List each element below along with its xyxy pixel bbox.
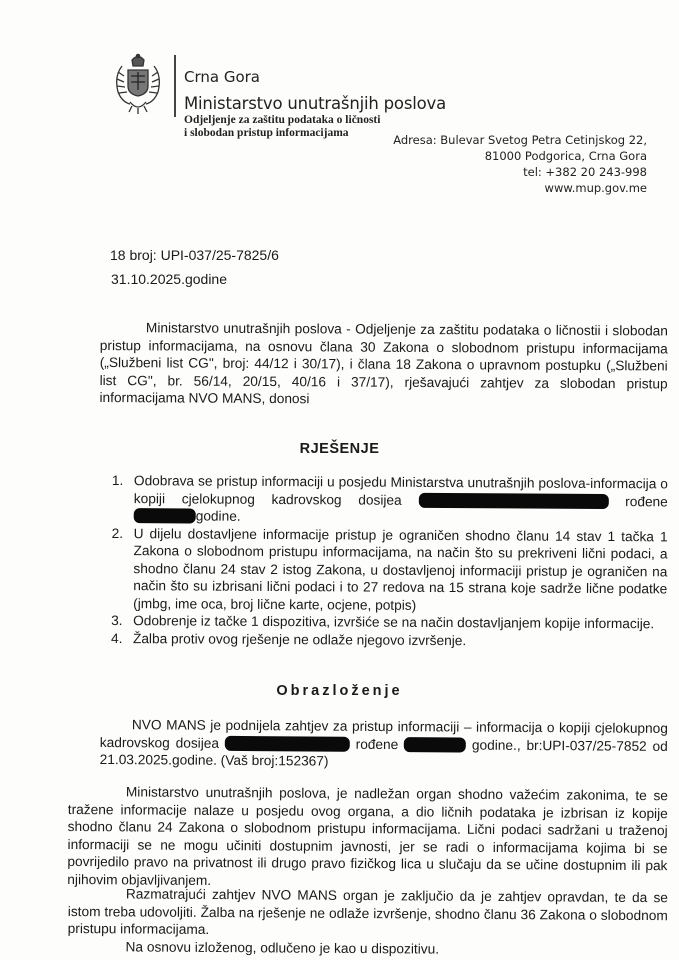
item-number: 3.: [111, 612, 123, 630]
address-web: www.mup.gov.me: [393, 180, 647, 196]
redacted-date: [134, 508, 196, 523]
paragraph-text: Na osnovu izloženog, odlučeno je kao u d…: [126, 939, 440, 956]
reasoning-paragraph-1: NVO MANS je podnijela zahtjev za pristup…: [100, 716, 668, 772]
item-text: U dijelu dostavljene informacije pristup…: [133, 526, 668, 613]
address-block: Adresa: Bulevar Svetog Petra Cetinjskog …: [393, 132, 647, 196]
address-line1: Adresa: Bulevar Svetog Petra Cetinjskog …: [393, 132, 647, 148]
item-number: 2.: [112, 524, 124, 542]
header-divider: [174, 55, 176, 117]
header-department: Odjeljenje za zaštitu podataka o ličnost…: [184, 114, 380, 140]
address-phone: tel: +382 20 243-998: [393, 164, 647, 180]
paragraph-text: Razmatrajući zahtjev NVO MANS organ je z…: [68, 886, 668, 937]
reference-date: 31.10.2025.godine: [111, 271, 227, 287]
redacted-name: [225, 735, 350, 751]
montenegro-coat-of-arms-icon: [112, 52, 164, 116]
reasoning-title: Obrazloženje: [0, 683, 679, 699]
reference-number: 18 broj: UPI-037/25-7825/6: [110, 247, 279, 263]
paragraph-text: Ministarstvo unutrašnjih poslova, je nad…: [67, 784, 668, 887]
item-text: godine.: [196, 509, 241, 524]
item-text: Odobrenje iz tačke 1 dispozitiva, izvrši…: [133, 613, 654, 631]
decision-item: 4. Žalba protiv ovog rješenje ne odlaže …: [111, 629, 667, 650]
item-text: Žalba protiv ovog rješenje ne odlaže nje…: [133, 631, 466, 648]
address-line2: 81000 Podgorica, Crna Gora: [393, 148, 647, 164]
reasoning-paragraph-3: Razmatrajući zahtjev NVO MANS organ je z…: [68, 885, 668, 959]
item-number: 1.: [112, 472, 124, 490]
decision-title: RJEŠENJE: [0, 441, 679, 457]
header-ministry: Ministarstvo unutrašnjih poslova: [184, 94, 446, 113]
decision-item: 2. U dijelu dostavljene informacije pris…: [111, 524, 668, 615]
intro-text: Ministarstvo unutrašnjih poslova - Odjel…: [99, 320, 668, 406]
header-department-line1: Odjeljenje za zaštitu podataka o ličnost…: [184, 114, 380, 127]
paragraph-text: rođene: [356, 736, 399, 751]
intro-paragraph: Ministarstvo unutrašnjih poslova - Odjel…: [99, 319, 668, 410]
decision-item: 1. Odobrava se pristup informaciji u pos…: [112, 472, 668, 528]
item-number: 4.: [111, 629, 123, 647]
redacted-date: [404, 737, 466, 752]
redacted-name: [418, 492, 608, 508]
decision-list: 1. Odobrava se pristup informaciji u pos…: [111, 472, 668, 650]
item-text: rođene: [625, 494, 668, 509]
header-department-line2: i slobodan pristup informacijama: [184, 127, 380, 140]
reasoning-paragraph-2: Ministarstvo unutrašnjih poslova, je nad…: [67, 783, 668, 892]
header-country: Crna Gora: [184, 68, 260, 86]
